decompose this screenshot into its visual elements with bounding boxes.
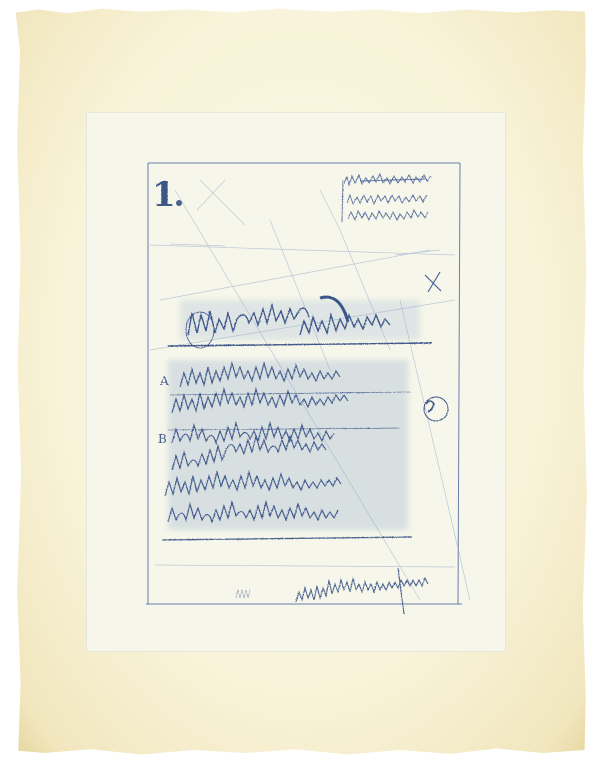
svg-text:B: B: [158, 432, 167, 446]
top-right-note-scribble: [342, 174, 431, 222]
etching-artwork: 1 A B: [0, 0, 600, 766]
x-mark: [425, 272, 441, 292]
bottom-signature-scribble: [236, 568, 428, 614]
svg-text:A: A: [159, 374, 169, 388]
plate-tone-wash: [168, 300, 420, 530]
svg-text:1: 1: [152, 175, 176, 215]
plate-number: 1: [152, 175, 182, 215]
circle-mark: [424, 397, 448, 421]
